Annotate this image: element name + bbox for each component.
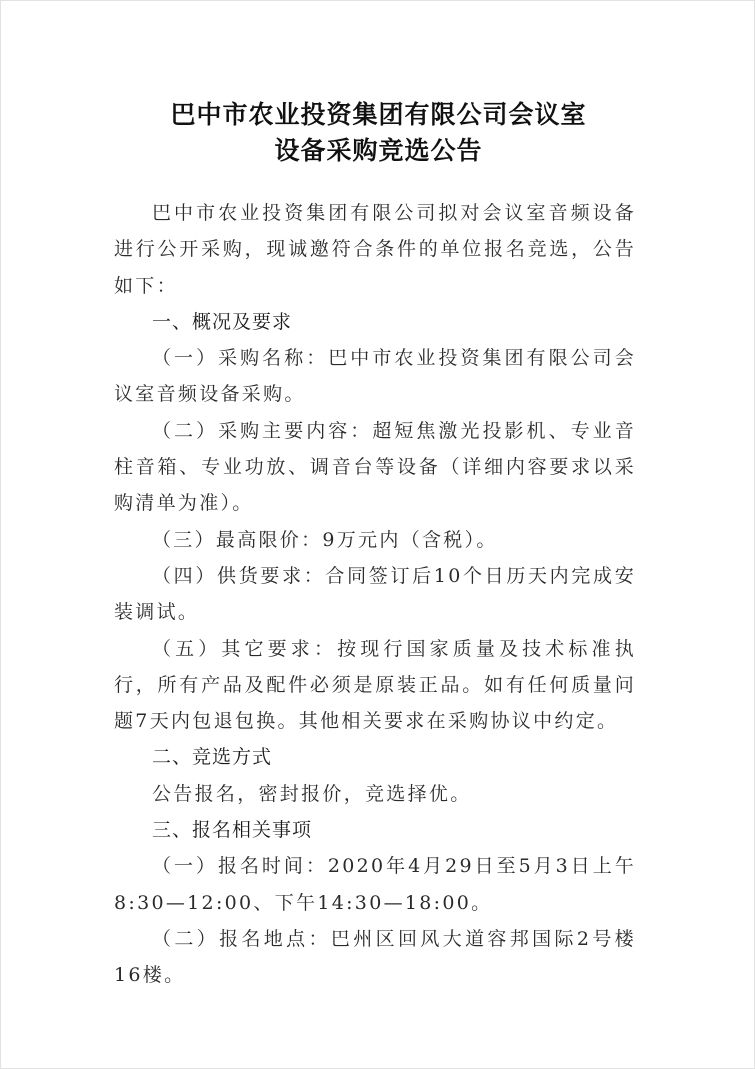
section-heading-registration: 三、报名相关事项 <box>114 812 636 848</box>
section-heading-overview: 一、概况及要求 <box>114 304 636 340</box>
overview-item-main-content: （二）采购主要内容：超短焦激光投影机、专业音柱音箱、专业功放、调音台等设备（详细… <box>114 413 636 522</box>
registration-item-location: （二）报名地点：巴州区回风大道容邦国际2号楼16楼。 <box>114 921 636 994</box>
overview-item-procurement-name: （一）采购名称：巴中市农业投资集团有限公司会议室音频设备采购。 <box>114 340 636 413</box>
document-body: 巴中市农业投资集团有限公司拟对会议室音频设备进行公开采购，现诚邀符合条件的单位报… <box>114 195 636 994</box>
overview-item-delivery: （四）供货要求：合同签订后10个日历天内完成安装调试。 <box>114 558 636 631</box>
overview-item-other-requirements: （五）其它要求：按现行国家质量及技术标准执行，所有产品及配件必须是原装正品。如有… <box>114 631 636 740</box>
document-title-line-2: 设备采购竞选公告 <box>1 136 755 166</box>
intro-paragraph: 巴中市农业投资集团有限公司拟对会议室音频设备进行公开采购，现诚邀符合条件的单位报… <box>114 195 636 304</box>
overview-item-price-limit: （三）最高限价：9万元内（含税）。 <box>114 522 636 558</box>
registration-item-time: （一）报名时间：2020年4月29日至5月3日上午8:30—12:00、下午14… <box>114 848 636 921</box>
selection-method-text: 公告报名，密封报价，竞选择优。 <box>114 776 636 812</box>
document-page: 巴中市农业投资集团有限公司会议室 设备采购竞选公告 巴中市农业投资集团有限公司拟… <box>0 0 755 1069</box>
document-title-line-1: 巴中市农业投资集团有限公司会议室 <box>1 100 755 130</box>
section-heading-selection-method: 二、竞选方式 <box>114 739 636 775</box>
